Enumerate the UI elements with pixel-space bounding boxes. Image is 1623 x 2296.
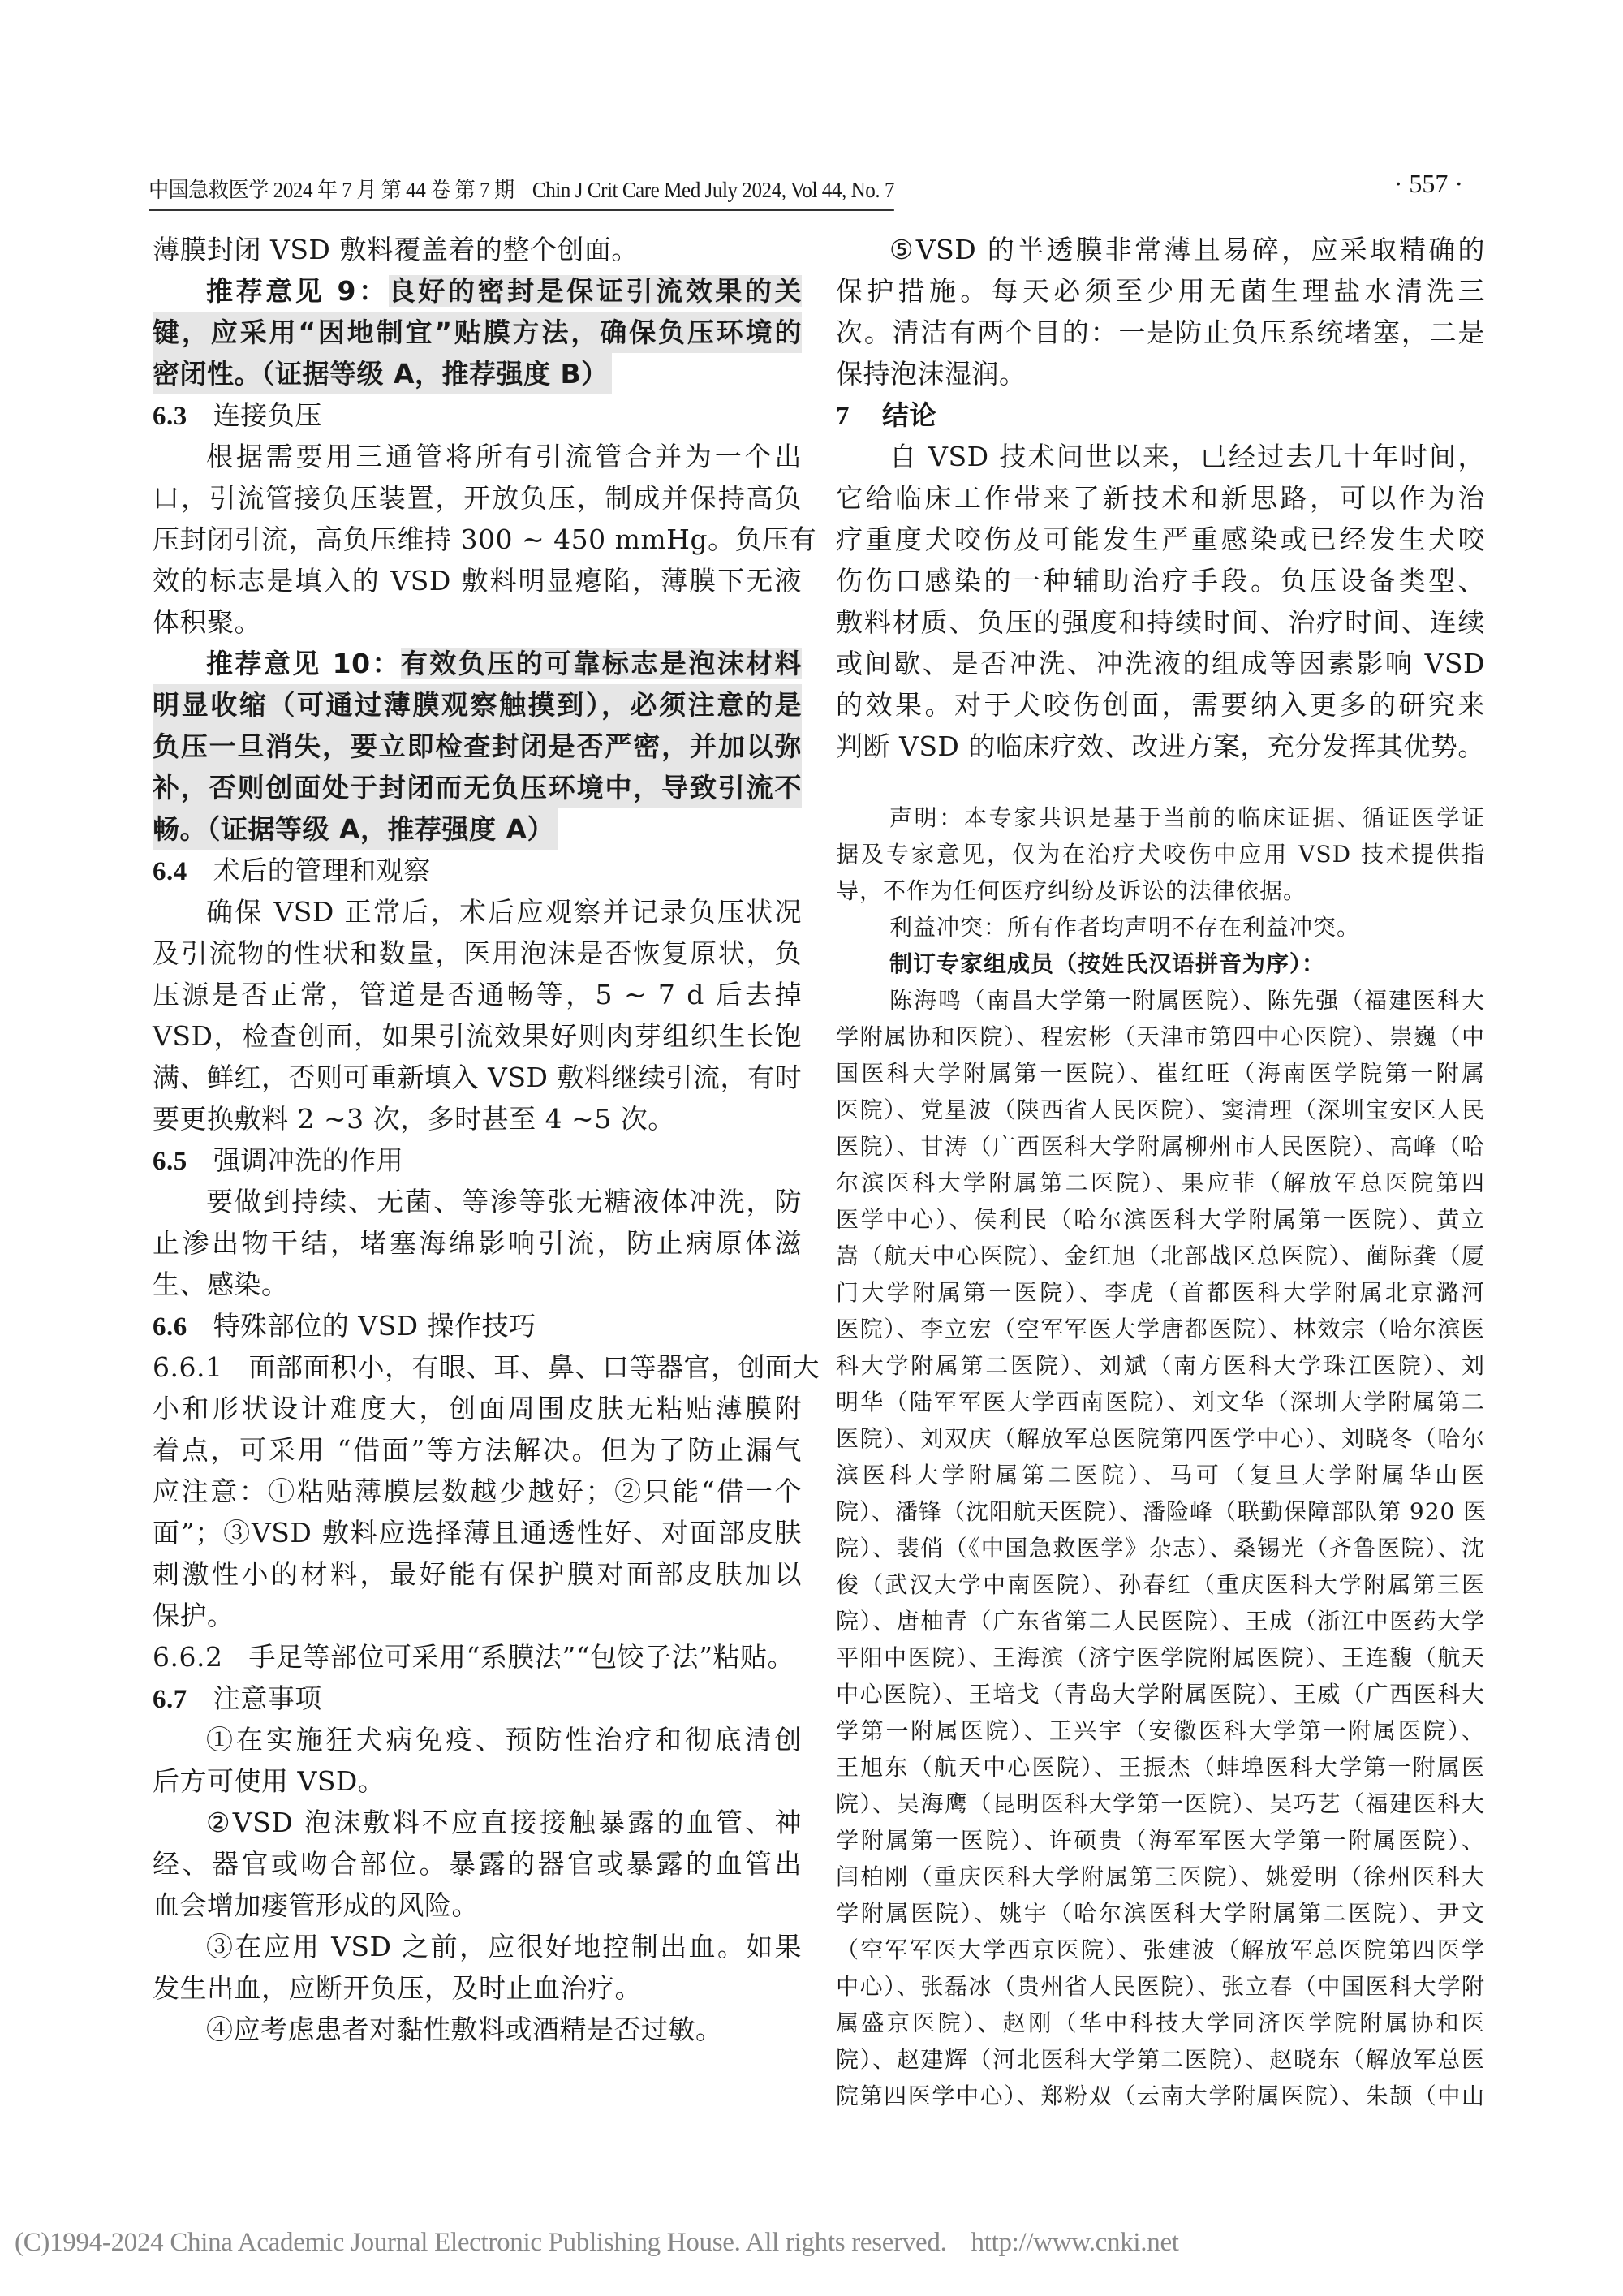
expert-line: 医院）、党星波（陕西省人民医院）、窦清理（深圳宝安区人民 [836,1092,1485,1128]
paragraph-line: 着点，可采用 “借面”等方法解决。但为了防止漏气 [153,1429,802,1471]
left-column: 薄膜封闭 VSD 敷料覆盖着的整个创面。 推荐意见 9：良好的密封是保证引流效果… [153,229,802,2050]
expert-line: 学附属第一医院）、许硕贵（海军军医大学第一附属医院）、 [836,1822,1485,1859]
section-heading-6-5: 6.5强调冲洗的作用 [153,1139,802,1181]
recommendation-10: 推荐意见 10：有效负压的可靠标志是泡沫材料 明显收缩（可通过薄膜观察触摸到），… [153,643,802,850]
recommendation-label: 推荐意见 10： [206,648,401,679]
paragraph-line: 次。清洁有两个目的：一是防止负压系统堵塞，二是 [836,312,1485,353]
paragraph-line: 体积聚。 [153,601,802,643]
paragraph-line: 面”；③VSD 敷料应选择薄且通透性好、对面部皮肤 [153,1512,802,1553]
paragraph-line: 刺激性小的材料，最好能有保护膜对面部皮肤加以 [153,1553,802,1595]
paragraph-line: 保持泡沫湿润。 [836,353,1485,394]
subsection-6-6-2-line: 6.6.2手足等部位可采用“系膜法”“包饺子法”粘贴。 [153,1636,802,1678]
expert-group-title: 制订专家组成员（按姓氏汉语拼音为序）： [836,946,1485,982]
expert-line: 科大学附属第二医院）、刘斌（南方医科大学珠江医院）、刘 [836,1347,1485,1384]
paragraph-line: VSD，检查创面，如果引流效果好则肉芽组织生长饱 [153,1015,802,1057]
paragraph-line: 口，引流管接负压装置，开放负压，制成并保持高负 [153,477,802,519]
journal-name-en: Chin J Crit Care Med July 2024, Vol 44, … [532,178,894,202]
section-heading-6-3: 6.3连接负压 [153,394,802,436]
paragraph-line: 自 VSD 技术问世以来，已经过去几十年时间， [836,436,1485,477]
expert-line: 闫柏刚（重庆医科大学附属第三医院）、姚爱明（徐州医科大 [836,1859,1485,1895]
paragraph-line: 疗重度犬咬伤及可能发生严重感染或已经发生犬咬 [836,519,1485,560]
recommendation-text: 有效负压的可靠标志是泡沫材料 [401,648,802,679]
expert-line: 国医科大学附属第一医院）、崔红旺（海南医学院第一附属 [836,1055,1485,1092]
running-header: 中国急救医学 2024 年 7 月 第 44 卷 第 7 期Chin J Cri… [149,172,1463,205]
expert-line: 学附属医院）、姚宇（哈尔滨医科大学附属第二医院）、尹文 [836,1895,1485,1932]
subsection-number: 6.6.2 [153,1641,222,1673]
expert-line: 学附属协和医院）、程宏彬（天津市第四中心医院）、崇巍（中 [836,1019,1485,1055]
expert-line: 属盛京医院）、赵刚（华中科技大学同济医学院附属协和医 [836,2005,1485,2041]
paragraph-line: ③在应用 VSD 之前，应很好地控制出血。如果 [153,1926,802,1967]
recommendation-evidence: 密闭性。（证据等级 A，推荐强度 B） [153,353,612,394]
expert-line: 滨医科大学附属第二医院）、马可（复旦大学附属华山医 [836,1457,1485,1493]
paragraph-line: 它给临床工作带来了新技术和新思路，可以作为治 [836,477,1485,519]
expert-line: 中心）、张磊冰（贵州省人民医院）、张立春（中国医科大学附 [836,1968,1485,2005]
expert-line: 中心医院）、王培戈（青岛大学附属医院）、王威（广西医科大 [836,1676,1485,1712]
expert-line: 俊（武汉大学中南医院）、孙春红（重庆医科大学附属第三医 [836,1566,1485,1603]
journal-citation: 中国急救医学 2024 年 7 月 第 44 卷 第 7 期Chin J Cri… [149,172,894,211]
paragraph-line: 保护措施。每天必须至少用无菌生理盐水清洗三 [836,270,1485,312]
paragraph-line: 压源是否正常，管道是否通畅等，5 ~ 7 d 后去掉 [153,974,802,1015]
paragraph-line: 敷料材质、负压的强度和持续时间、治疗时间、连续 [836,601,1485,643]
copyright-footer: (C)1994-2024 China Academic Journal Elec… [15,2228,1179,2258]
statement-note: 声明：本专家共识是基于当前的临床证据、循证医学证 据及专家意见，仅为在治疗犬咬伤… [836,799,1485,909]
paragraph-line: 的效果。对于犬咬伤创面，需要纳入更多的研究来 [836,684,1485,726]
recommendation-text: 良好的密封是保证引流效果的关 [389,275,802,307]
expert-list: 陈海鸣（南昌大学第一附属医院）、陈先强（福建医科大 学附属协和医院）、程宏彬（天… [836,982,1485,2151]
note-line: 据及专家意见，仅为在治疗犬咬伤中应用 VSD 技术提供指 [836,836,1485,872]
paragraph-line: ①在实施狂犬病免疫、预防性治疗和彻底清创 [153,1719,802,1760]
paragraph-line: 发生出血，应断开负压，及时止血治疗。 [153,1967,802,2009]
expert-line: 学第一附属医院）、王兴宇（安徽医科大学第一附属医院）、 [836,1712,1485,1749]
paragraph-line: 满、鲜红，否则可重新填入 VSD 敷料继续引流，有时 [153,1057,802,1098]
expert-line: 平阳中医院）、王海滨（济宁医学院附属医院）、王连馥（航天 [836,1639,1485,1676]
spacer [836,767,1485,799]
expert-line: 医院）、李立宏（空军军医大学唐都医院）、林效宗（哈尔滨医 [836,1311,1485,1347]
recommendation-evidence: 畅。（证据等级 A，推荐强度 A） [153,808,558,850]
subsection-number: 6.6.1 [153,1351,222,1383]
section-heading-6-7: 6.7注意事项 [153,1678,802,1719]
right-column: ⑤VSD 的半透膜非常薄且易碎，应采取精确的 保护措施。每天必须至少用无菌生理盐… [836,229,1485,2151]
section-heading-6-4: 6.4术后的管理和观察 [153,850,802,891]
paragraph-line: 应注意：①粘贴薄膜层数越少越好；②只能“借一个 [153,1471,802,1512]
expert-line: 院）、唐柚青（广东省第二人民医院）、王成（浙江中医药大学 [836,1603,1485,1639]
journal-name-cn: 中国急救医学 2024 年 7 月 第 44 卷 第 7 期 [149,178,514,202]
recommendation-9: 推荐意见 9：良好的密封是保证引流效果的关 键，应采用“因地制宜”贴膜方法，确保… [153,270,802,394]
expert-line: 嵩（航天中心医院）、金红旭（北部战区总医院）、蔺际龚（厦 [836,1238,1485,1274]
expert-line: 明华（陆军军医大学西南医院）、刘文华（深圳大学附属第二 [836,1384,1485,1420]
paragraph-line: 薄膜封闭 VSD 敷料覆盖着的整个创面。 [153,229,802,270]
paragraph-line: 小和形状设计难度大，创面周围皮肤无粘贴薄膜附 [153,1388,802,1429]
paragraph-line: 判断 VSD 的临床疗效、改进方案，充分发挥其优势。 [836,726,1485,767]
recommendation-text: 键，应采用“因地制宜”贴膜方法，确保负压环境的 [153,312,802,353]
expert-line: 医院）、刘双庆（解放军总医院第四医学中心）、刘晓冬（哈尔 [836,1420,1485,1457]
recommendation-text: 负压一旦消失，要立即检查封闭是否严密，并加以弥 [153,726,802,767]
paragraph-line: 根据需要用三通管将所有引流管合并为一个出 [153,436,802,477]
paragraph-line: 压封闭引流，高负压维持 300 ~ 450 mmHg。负压有 [153,519,802,560]
paragraph-line: 要更换敷料 2 ~3 次，多时甚至 4 ~5 次。 [153,1098,802,1139]
paragraph-line: 或间歇、是否冲洗、冲洗液的组成等因素影响 VSD [836,643,1485,684]
recommendation-text: 补，否则创面处于封闭而无负压环境中，导致引流不 [153,767,802,808]
paragraph-line: 血会增加瘘管形成的风险。 [153,1885,802,1926]
expert-line: （空军军医大学西京医院）、张建波（解放军总医院第四医学 [836,1932,1485,1968]
section-heading-7: 7结论 [836,394,1485,436]
paragraph-line: 经、器官或吻合部位。暴露的器官或暴露的血管出 [153,1843,802,1885]
expert-line: 门大学附属第一医院）、李虎（首都医科大学附属北京潞河 [836,1274,1485,1311]
expert-line: 院）、赵建辉（河北医科大学第二医院）、赵晓东（解放军总医 [836,2041,1485,2078]
subsection-6-6-1-line: 6.6.1面部面积小，有眼、耳、鼻、口等器官，创面大 [153,1346,802,1388]
section-heading-6-6: 6.6特殊部位的 VSD 操作技巧 [153,1305,802,1346]
expert-line [836,2114,1485,2151]
paragraph-line: 确保 VSD 正常后，术后应观察并记录负压状况 [153,891,802,933]
recommendation-text: 明显收缩（可通过薄膜观察触摸到），必须注意的是 [153,684,802,726]
paragraph-line: 要做到持续、无菌、等渗等张无糖液体冲洗，防 [153,1181,802,1222]
expert-line: 院）、吴海鹰（昆明医科大学第一医院）、吴巧艺（福建医科大 [836,1786,1485,1822]
expert-line: 王旭东（航天中心医院）、王振杰（蚌埠医科大学第一附属医 [836,1749,1485,1786]
paragraph-line: ④应考虑患者对黏性敷料或酒精是否过敏。 [153,2009,802,2050]
expert-line: 院）、潘锋（沈阳航天医院）、潘险峰（联勤保障部队第 920 医 [836,1493,1485,1530]
page-number: · 557 · [1394,169,1463,199]
paragraph-line: 及引流物的性状和数量，医用泡沫是否恢复原状，负 [153,933,802,974]
expert-line: 尔滨医科大学附属第二医院）、果应菲（解放军总医院第四 [836,1165,1485,1201]
note-line: 导，不作为任何医疗纠纷及诉讼的法律依据。 [836,872,1485,909]
cnki-link[interactable]: http://www.cnki.net [971,2228,1179,2257]
expert-line: 陈海鸣（南昌大学第一附属医院）、陈先强（福建医科大 [836,982,1485,1019]
paragraph-line: ⑤VSD 的半透膜非常薄且易碎，应采取精确的 [836,229,1485,270]
copyright-text: (C)1994-2024 China Academic Journal Elec… [15,2228,947,2257]
paragraph-line: 伤伤口感染的一种辅助治疗手段。负压设备类型、 [836,560,1485,601]
expert-line: 医学中心）、侯利民（哈尔滨医科大学附属第一医院）、黄立 [836,1201,1485,1238]
recommendation-label: 推荐意见 9： [206,275,389,307]
paragraph-line: 保护。 [153,1595,802,1636]
note-line: 声明：本专家共识是基于当前的临床证据、循证医学证 [836,799,1485,836]
expert-line: 院）、裴俏（《中国急救医学》杂志）、桑锡光（齐鲁医院）、沈 [836,1530,1485,1566]
paragraph-line: ②VSD 泡沫敷料不应直接接触暴露的血管、神 [153,1802,802,1843]
paragraph-line: 后方可使用 VSD。 [153,1760,802,1802]
conflict-of-interest: 利益冲突：所有作者均声明不存在利益冲突。 [836,909,1485,946]
expert-line: 医院）、甘涛（广西医科大学附属柳州市人民医院）、高峰（哈 [836,1128,1485,1165]
paragraph-line: 生、感染。 [153,1264,802,1305]
paragraph-line: 效的标志是填入的 VSD 敷料明显瘪陷，薄膜下无液 [153,560,802,601]
expert-line: 院第四医学中心）、郑粉双（云南大学附属医院）、朱颉（中山 [836,2078,1485,2114]
paragraph-line: 止渗出物干结，堵塞海绵影响引流，防止病原体滋 [153,1222,802,1264]
